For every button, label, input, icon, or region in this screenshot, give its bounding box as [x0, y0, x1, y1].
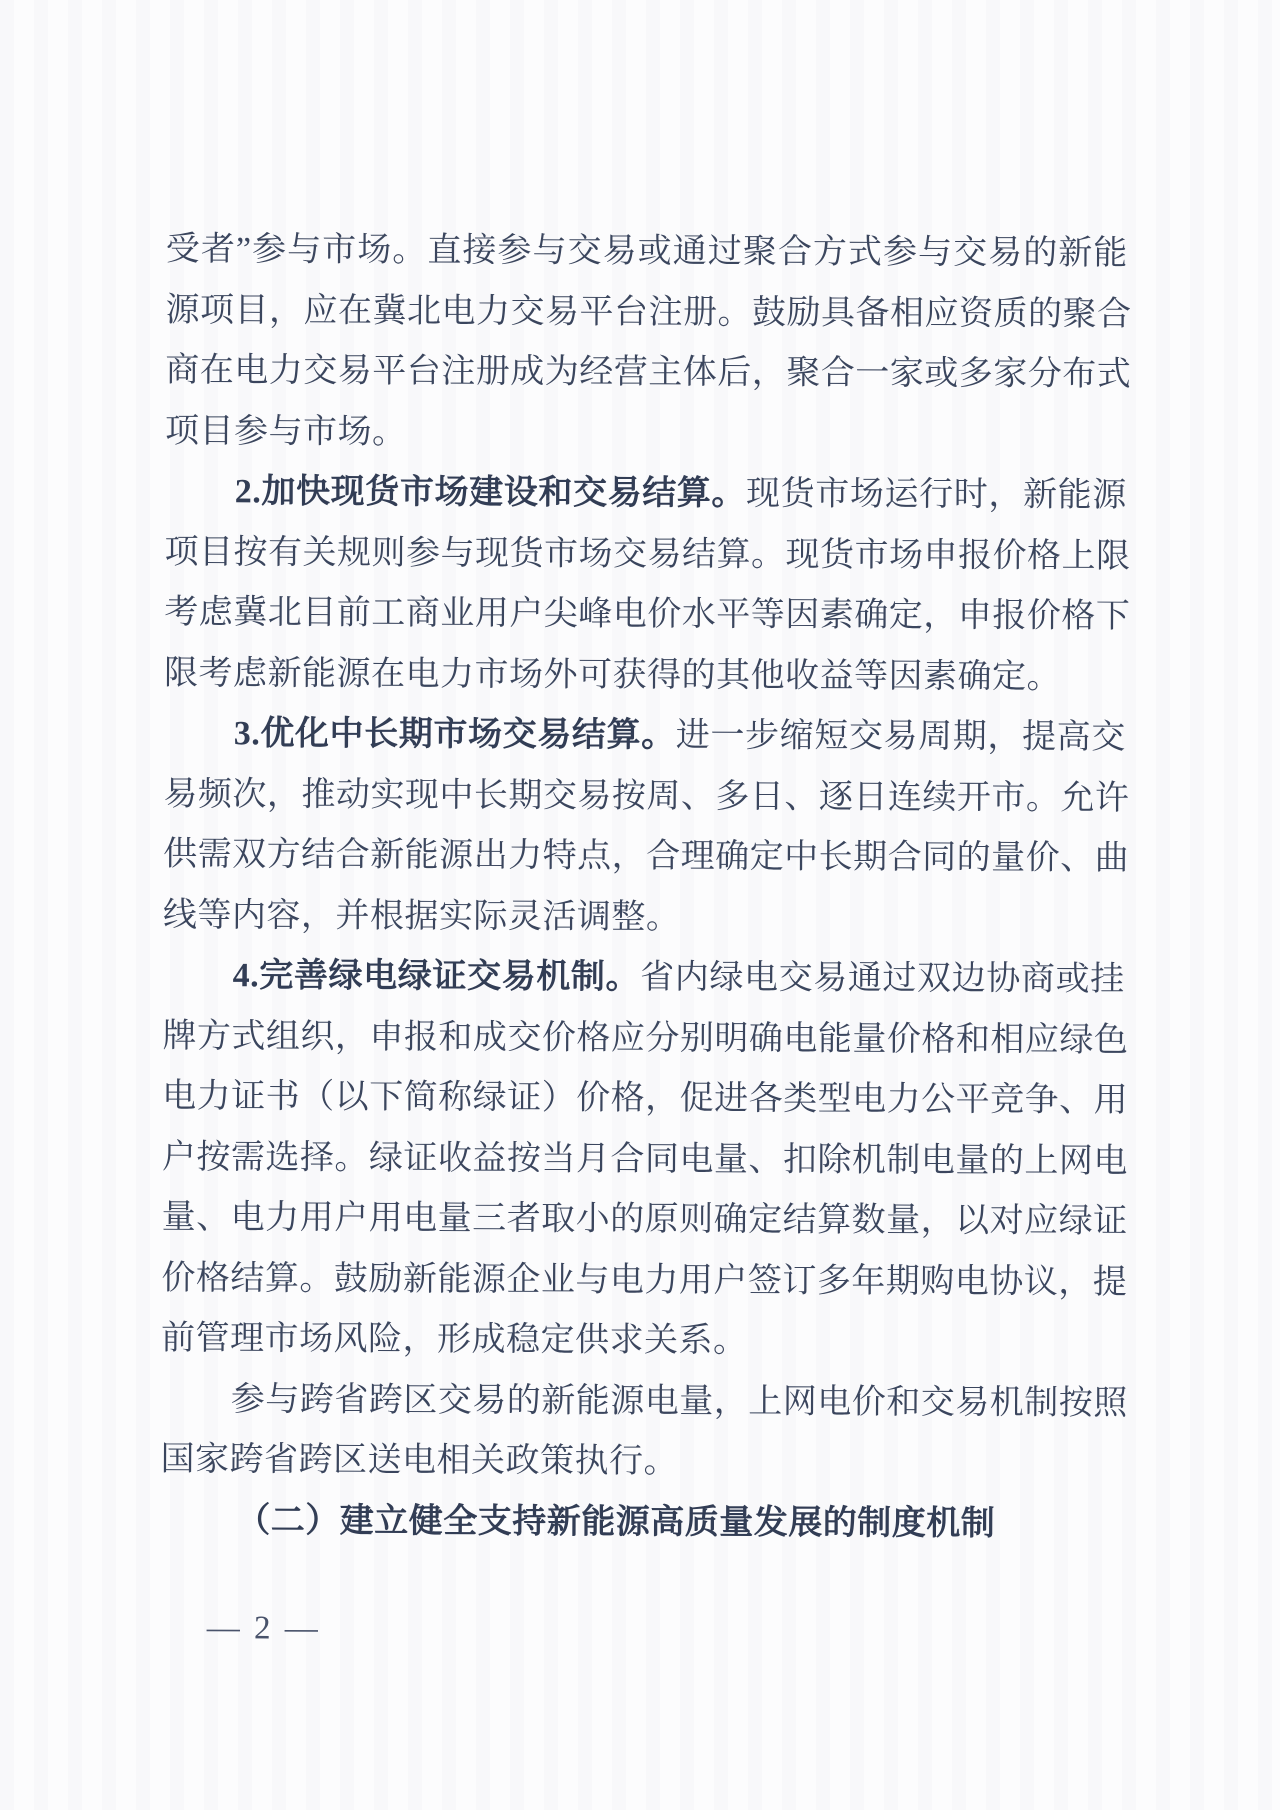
text-line: 前管理市场风险，形成稳定供求关系。 — [161, 1309, 1123, 1374]
text-line: 牌方式组织，申报和成交价格应分别明确电能量价格和相应绿色 — [162, 1006, 1124, 1071]
line-text: 进一步缩短交易周期，提高交 — [676, 717, 1126, 756]
text-line: 项目参与市场。 — [165, 401, 1127, 466]
line-text: 考虑冀北目前工商业用户尖峰电价水平等因素确定，申报价格下 — [164, 594, 1130, 635]
line-text: 电力证书（以下简称绿证）价格，促进各类型电力公平竞争、用 — [162, 1078, 1128, 1119]
text-line: 限考虑新能源在电力市场外可获得的其他收益等因素确定。 — [164, 643, 1126, 708]
text-line: 参与跨省跨区交易的新能源电量，上网电价和交易机制按照 — [161, 1369, 1123, 1434]
line-text: 现货市场运行时，新能源 — [746, 475, 1127, 514]
text-line: 电力证书（以下简称绿证）价格，促进各类型电力公平竞争、用 — [162, 1067, 1124, 1132]
text-line: 考虑冀北目前工商业用户尖峰电价水平等因素确定，申报价格下 — [164, 583, 1126, 648]
text-line: 户按需选择。绿证收益按当月合同电量、扣除机制电量的上网电 — [162, 1127, 1124, 1192]
line-text: 受者”参与市场。直接参与交易或通过聚合方式参与交易的新能 — [166, 231, 1128, 272]
line-text: 户按需选择。绿证收益按当月合同电量、扣除机制电量的上网电 — [162, 1138, 1128, 1179]
text-line: 国家跨省跨区送电相关政策执行。 — [160, 1430, 1122, 1495]
line-lead-bold: （二）建立健全支持新能源高质量发展的制度机制 — [236, 1502, 995, 1542]
text-line: 易频次，推动实现中长期交易按周、多日、逐日连续开市。允许 — [163, 764, 1125, 829]
text-line: 商在电力交易平台注册成为经营主体后，聚合一家或多家分布式 — [165, 341, 1127, 406]
text-line: 量、电力用户用电量三者取小的原则确定结算数量，以对应绿证 — [161, 1188, 1123, 1253]
line-text: 限考虑新能源在电力市场外可获得的其他收益等因素确定。 — [164, 654, 1061, 695]
text-line: 3.优化中长期市场交易结算。进一步缩短交易周期，提高交 — [164, 704, 1126, 769]
line-text: 量、电力用户用电量三者取小的原则确定结算数量，以对应绿证 — [162, 1199, 1128, 1240]
line-text: 项目参与市场。 — [165, 412, 407, 450]
line-lead-bold: 2.加快现货市场建设和交易结算。 — [235, 473, 746, 512]
line-text: 国家跨省跨区送电相关政策执行。 — [160, 1441, 678, 1480]
line-text: 线等内容，并根据实际灵活调整。 — [163, 896, 681, 935]
text-line: 线等内容，并根据实际灵活调整。 — [163, 885, 1125, 950]
line-lead-bold: 4.完善绿电绿证交易机制。 — [233, 957, 641, 996]
text-line: 价格结算。鼓励新能源企业与电力用户签订多年期购电协议，提 — [161, 1248, 1123, 1313]
text-line: 项目按有关规则参与现货市场交易结算。现货市场申报价格上限 — [164, 522, 1126, 587]
text-line: 4.完善绿电绿证交易机制。省内绿电交易通过双边协商或挂 — [163, 946, 1125, 1011]
document-page: 受者”参与市场。直接参与交易或通过聚合方式参与交易的新能 源项目，应在冀北电力交… — [0, 0, 1280, 1810]
line-text: 省内绿电交易通过双边协商或挂 — [640, 959, 1125, 998]
line-text: 商在电力交易平台注册成为经营主体后，聚合一家或多家分布式 — [165, 352, 1131, 393]
line-text: 项目按有关规则参与现货市场交易结算。现货市场申报价格上限 — [164, 533, 1130, 574]
document-text-block: 受者”参与市场。直接参与交易或通过聚合方式参与交易的新能 源项目，应在冀北电力交… — [160, 220, 1128, 1555]
line-text: 供需双方结合新能源出力特点，合理确定中长期合同的量价、曲 — [163, 836, 1129, 877]
line-text: 前管理市场风险，形成稳定供求关系。 — [161, 1320, 748, 1360]
text-line: 受者”参与市场。直接参与交易或通过聚合方式参与交易的新能 — [166, 220, 1128, 285]
line-text: 价格结算。鼓励新能源企业与电力用户签订多年期购电协议，提 — [161, 1259, 1127, 1300]
line-lead-bold: 3.优化中长期市场交易结算。 — [234, 715, 676, 754]
scanned-page-content: 受者”参与市场。直接参与交易或通过聚合方式参与交易的新能 源项目，应在冀北电力交… — [0, 0, 1280, 1810]
text-line: 2.加快现货市场建设和交易结算。现货市场运行时，新能源 — [165, 462, 1127, 527]
line-text: 参与跨省跨区交易的新能源电量，上网电价和交易机制按照 — [231, 1381, 1128, 1422]
line-text: 源项目，应在冀北电力交易平台注册。鼓励具备相应资质的聚合 — [166, 291, 1132, 332]
page-number-footer: — 2 — — [207, 1610, 321, 1647]
text-line: 源项目，应在冀北电力交易平台注册。鼓励具备相应资质的聚合 — [165, 280, 1127, 345]
text-line: （二）建立健全支持新能源高质量发展的制度机制 — [160, 1490, 1122, 1555]
line-text: 牌方式组织，申报和成交价格应分别明确电能量价格和相应绿色 — [162, 1017, 1128, 1058]
line-text: 易频次，推动实现中长期交易按周、多日、逐日连续开市。允许 — [163, 775, 1129, 816]
text-line: 供需双方结合新能源出力特点，合理确定中长期合同的量价、曲 — [163, 825, 1125, 890]
